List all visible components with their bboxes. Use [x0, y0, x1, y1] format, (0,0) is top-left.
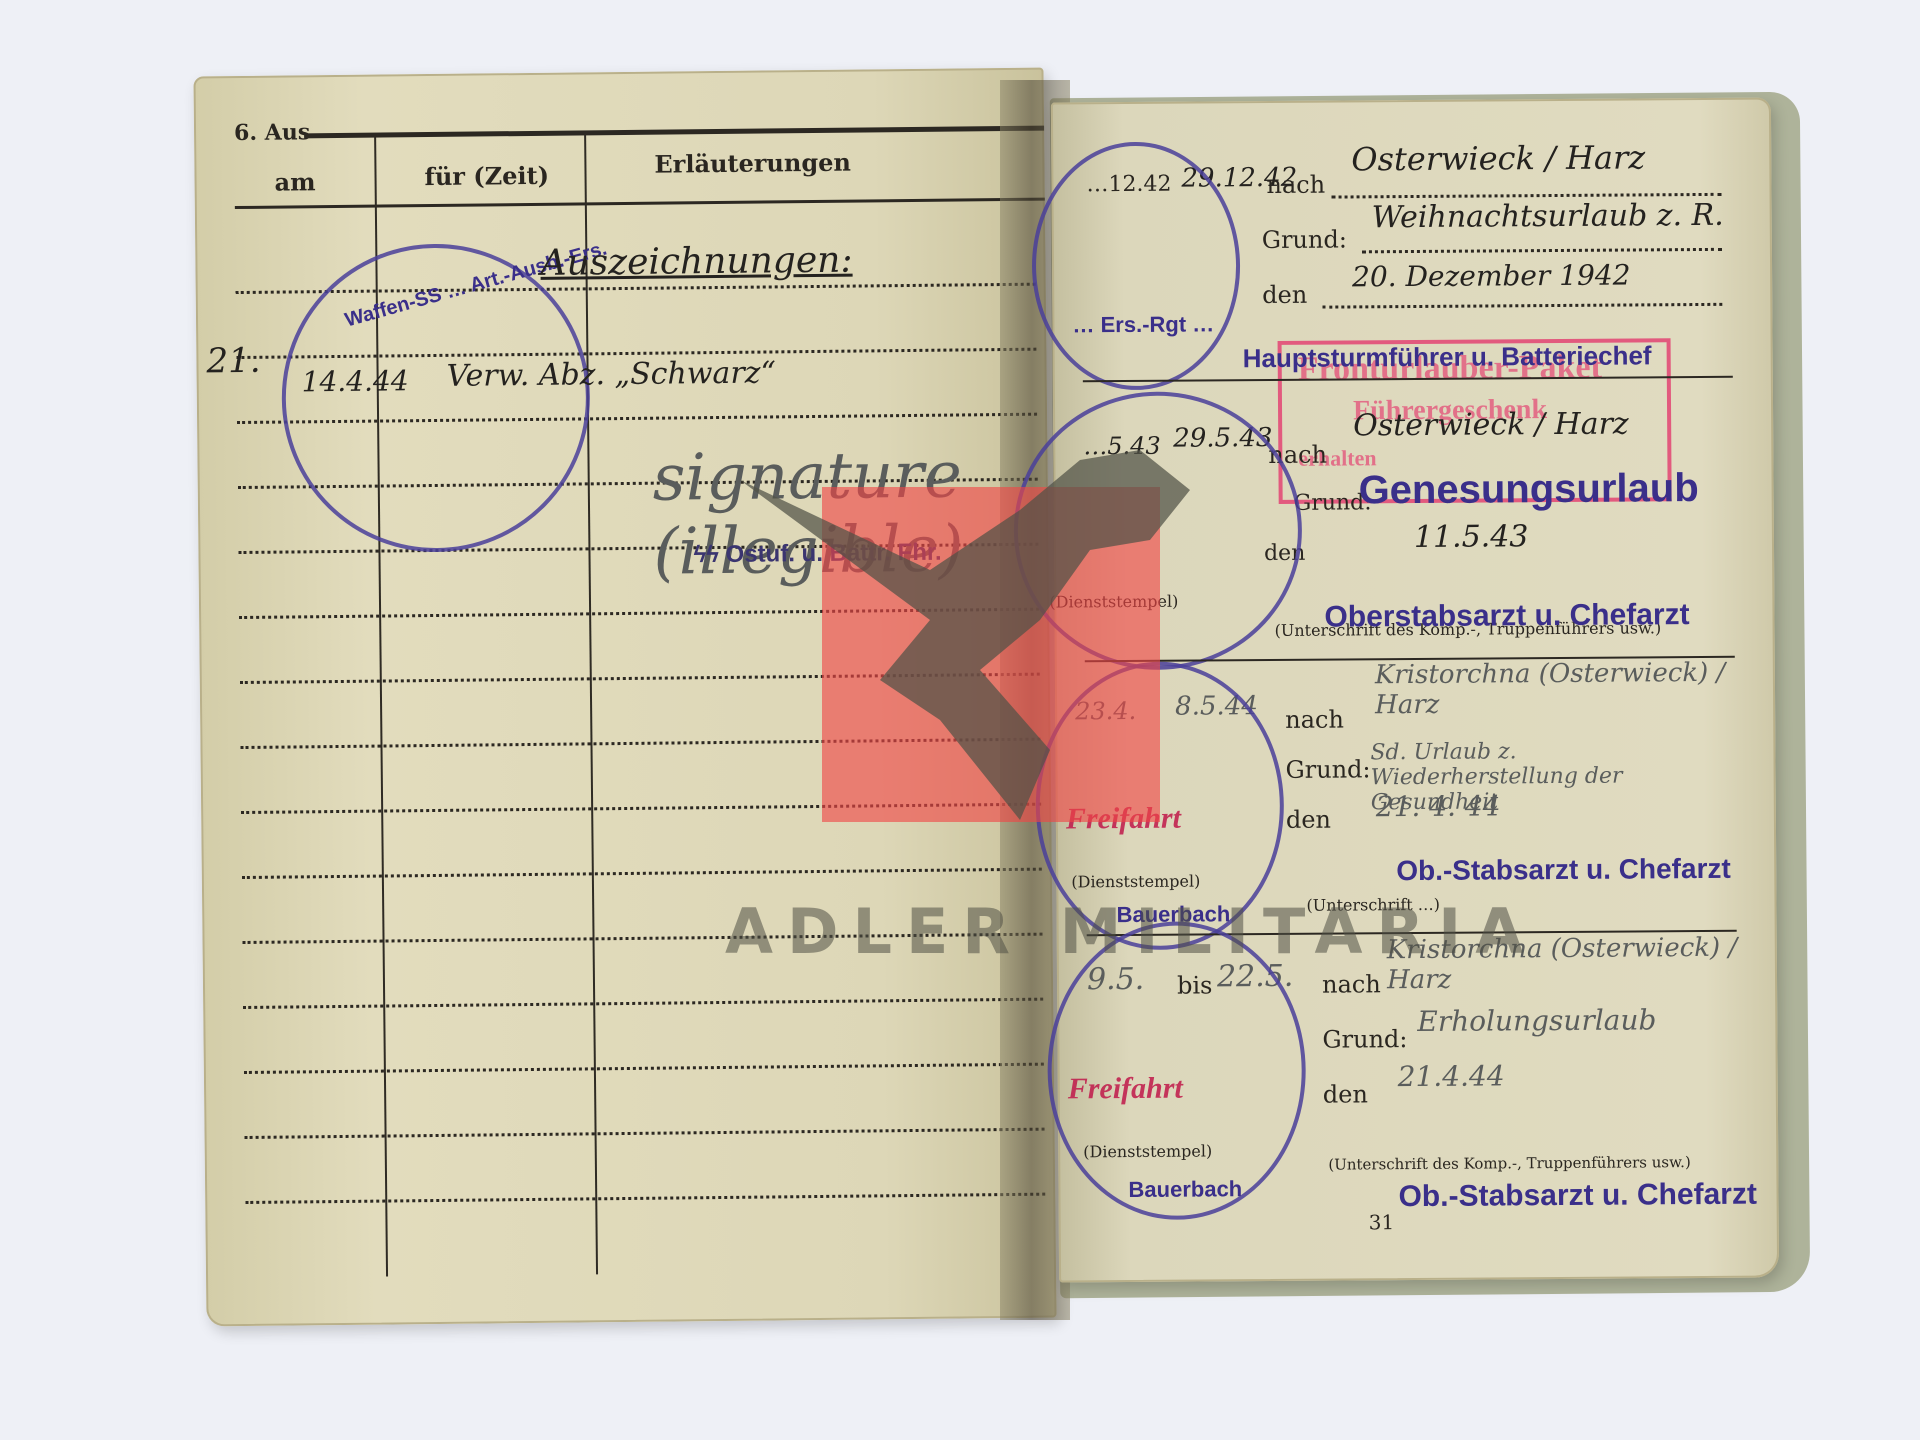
ruled-line [243, 998, 1043, 1009]
eagle-circular-stamp [1031, 141, 1241, 390]
entry-4-stamp-caption: (Dienststempel) [1083, 1141, 1212, 1161]
entry-3-nach-label: nach [1285, 705, 1344, 733]
entry-2-nach: Osterwieck / Harz [1353, 407, 1629, 444]
entry-4-signature-caption: (Unterschrift des Komp.-, Truppenführers… [1328, 1153, 1691, 1174]
entry-1-den-label: den [1262, 281, 1307, 309]
entry-4-grund-label: Grund: [1322, 1025, 1407, 1054]
entry-3-signature-block: Ob.-Stabsarzt u. Chefarzt [1396, 853, 1731, 887]
header-rule-top [304, 126, 1044, 139]
entry-3-den-label: den [1286, 806, 1331, 834]
entry-3-nach: Kristorchna (Osterwieck) / Harz [1375, 657, 1775, 720]
ruled-line [1362, 248, 1722, 254]
column-header-fuer-zeit: für (Zeit) [424, 161, 549, 191]
entry-1-grund-label: Grund: [1262, 225, 1347, 254]
entry-4-signature-block: Ob.-Stabsarzt u. Chefarzt [1398, 1178, 1757, 1215]
watermark-eagle-icon [720, 420, 1240, 830]
header-rule-bottom [235, 198, 1045, 209]
column-header-am: am [274, 167, 315, 196]
ruled-line [242, 868, 1042, 879]
entry-4-den-label: den [1323, 1080, 1368, 1108]
entry-4-den: 21.4.44 [1398, 1059, 1505, 1093]
entry-1-grund: Weihnachtsurlaub z. R. [1372, 198, 1724, 235]
entry-date: 14.4.44 [302, 364, 409, 398]
entry-1-nach: Osterwieck / Harz [1351, 138, 1645, 178]
column-divider-2 [584, 134, 598, 1274]
entry-text: Verw. Abz. „Schwarz“ [446, 355, 776, 393]
entry-3-stamp-caption: (Dienststempel) [1071, 872, 1200, 892]
entry-4-grund: Erholungsurlaub [1417, 1003, 1656, 1038]
entry-1-signature-block: Hauptsturmführer u. Batteriechef [1243, 340, 1652, 374]
entry-2-grund-stamp: Genesungsurlaub [1358, 466, 1698, 513]
entry-2-signature-block: Oberstabsarzt u. Chefarzt [1324, 598, 1689, 635]
entry-1-stamp-text: … Ers.-Rgt … [1072, 311, 1214, 338]
page-number: 31 [1369, 1210, 1395, 1234]
ruled-line [244, 1063, 1044, 1074]
awards-heading: Auszeichnungen: [540, 240, 852, 284]
ruled-line [1322, 303, 1722, 309]
entry-3-grund-label: Grund: [1285, 755, 1370, 784]
column-header-erlaeuterungen: Erläuterungen [654, 148, 851, 179]
watermark-text: ADLER MILITARIA [725, 895, 1537, 968]
entry-4-nach-label: nach [1322, 970, 1381, 998]
entry-4-stamp-text: Bauerbach [1128, 1176, 1242, 1203]
entry-4-red-stamp: Freifahrt [1068, 1072, 1183, 1107]
entry-2-den: 11.5.43 [1414, 519, 1529, 555]
entry-3-den: 21. 4. 44 [1376, 789, 1501, 823]
ruled-line [245, 1128, 1045, 1139]
entry-1-nach-label: nach [1266, 171, 1325, 199]
ruled-line [245, 1193, 1045, 1204]
section-label: 6. Aus [234, 119, 310, 146]
entry-1-den: 20. Dezember 1942 [1352, 258, 1631, 293]
entry-number: 21. [206, 341, 260, 382]
